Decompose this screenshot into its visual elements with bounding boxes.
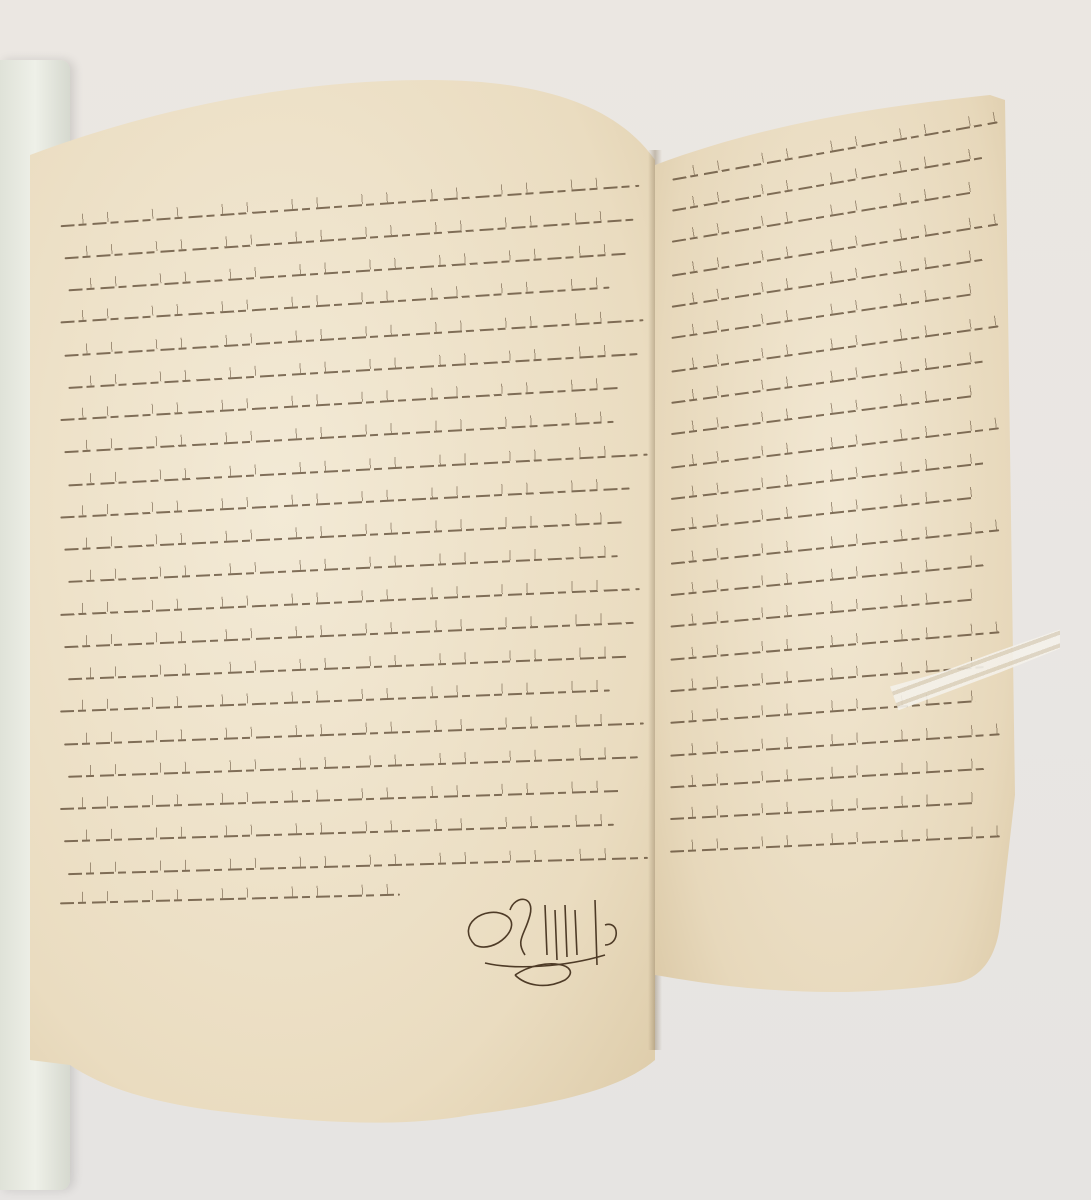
notarial-signature — [455, 885, 655, 995]
manuscript-photo: Two facing pages of dense secretary-hand… — [0, 0, 1091, 1200]
